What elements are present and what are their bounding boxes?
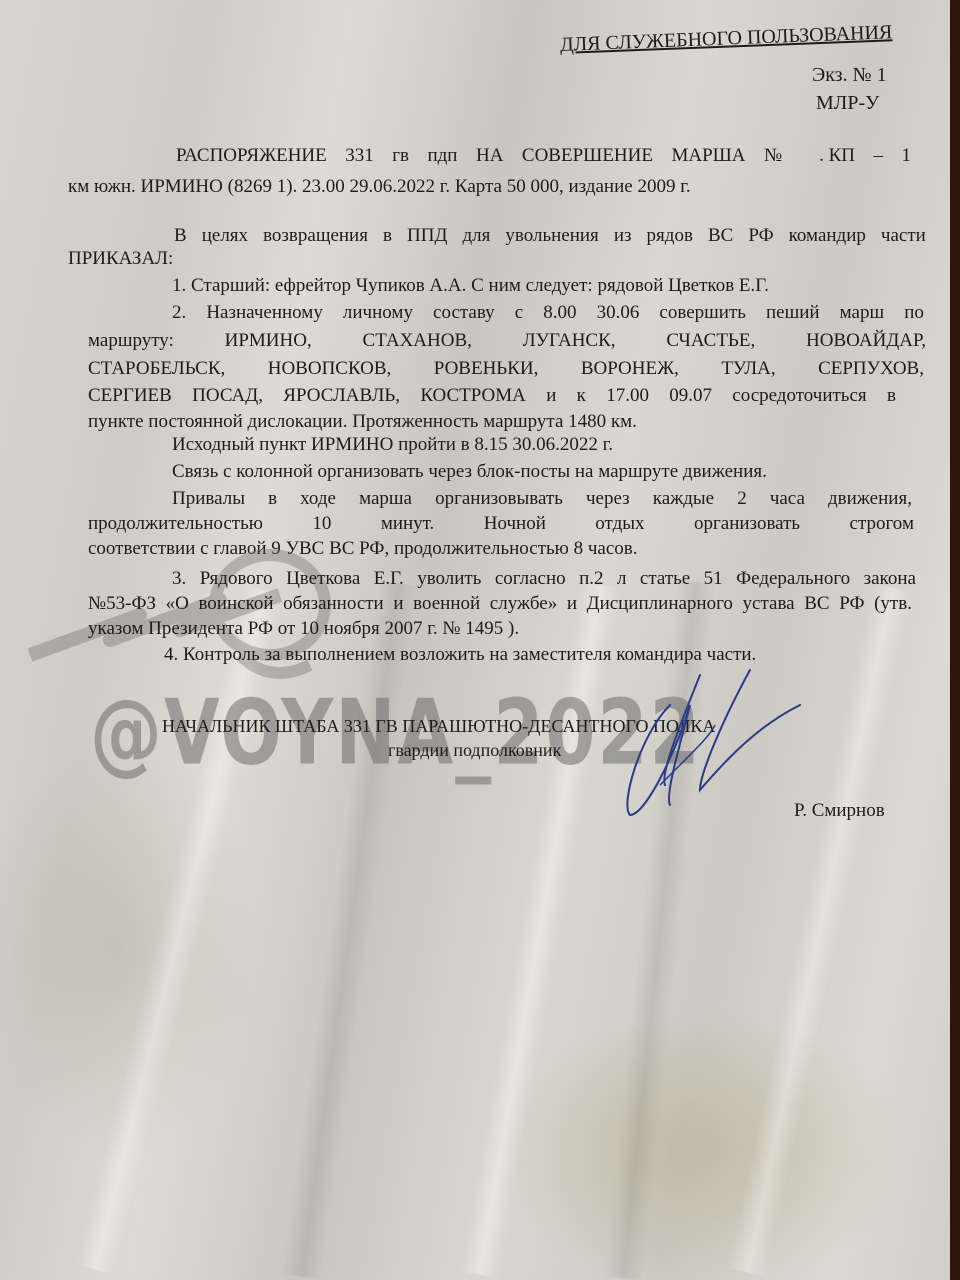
word: №53-ФЗ bbox=[88, 593, 156, 615]
route-line-1: маршруту:ИРМИНО,СТАХАНОВ,ЛУГАНСК,СЧАСТЬЕ… bbox=[88, 330, 926, 352]
document-page: ДЛЯ СЛУЖЕБНОГО ПОЛЬЗОВАНИЯ Экз. № 1 МЛР-… bbox=[0, 0, 950, 1280]
word: части bbox=[881, 225, 926, 247]
word: 51 bbox=[704, 568, 723, 590]
word: в bbox=[887, 385, 896, 407]
word: в bbox=[268, 488, 277, 510]
word: Привалы bbox=[172, 488, 245, 510]
word: марша bbox=[359, 488, 412, 510]
word: закона bbox=[864, 568, 916, 590]
word: службе» bbox=[490, 593, 557, 615]
word: л bbox=[617, 568, 626, 590]
signatory-name: Р. Смирнов bbox=[794, 800, 885, 822]
word: сосредоточиться bbox=[732, 385, 866, 407]
word: с bbox=[515, 302, 523, 324]
word: НА bbox=[476, 145, 503, 167]
word: РФ bbox=[839, 593, 864, 615]
order-heading: ПРИКАЗАЛ: bbox=[68, 248, 173, 270]
word: марш bbox=[840, 302, 884, 324]
word: пдп bbox=[427, 145, 457, 167]
signatory-rank: гвардии подполковник bbox=[388, 740, 561, 761]
word: 3. bbox=[172, 568, 186, 590]
word: РАСПОРЯЖЕНИЕ bbox=[176, 145, 327, 167]
word: № bbox=[764, 145, 782, 167]
route-line-2: СТАРОБЕЛЬСК,НОВОПСКОВ,РОВЕНЬКИ,ВОРОНЕЖ,Т… bbox=[88, 358, 924, 380]
word: Цветкова bbox=[286, 568, 360, 590]
word: обязанности bbox=[283, 593, 384, 615]
word: маршруту: bbox=[88, 330, 174, 352]
word: 8.00 bbox=[543, 302, 576, 324]
halts-line-2: продолжительностью10минут.Ночнойотдыхорг… bbox=[88, 513, 914, 535]
word: гв bbox=[392, 145, 409, 167]
word: продолжительностью bbox=[88, 513, 263, 535]
word: СЕРГИЕВ bbox=[88, 385, 172, 407]
word: через bbox=[586, 488, 630, 510]
word: ТУЛА, bbox=[721, 358, 775, 380]
word: каждые bbox=[653, 488, 714, 510]
word: Дисциплинарного bbox=[587, 593, 733, 615]
word: «О bbox=[166, 593, 189, 615]
word: согласно bbox=[495, 568, 566, 590]
word: рядов bbox=[647, 225, 693, 247]
word: ВОРОНЕЖ, bbox=[581, 358, 679, 380]
document-title-line-1: РАСПОРЯЖЕНИЕ331гвпдпНАСОВЕРШЕНИЕМАРША№. … bbox=[176, 145, 911, 167]
word: совершить bbox=[659, 302, 746, 324]
word: личному bbox=[343, 302, 413, 324]
word: п.2 bbox=[579, 568, 603, 590]
preamble-line-1: ВцеляхвозвращениявППДдляувольненияизрядо… bbox=[174, 225, 926, 247]
word: и bbox=[567, 593, 577, 615]
word: строгом bbox=[850, 513, 914, 535]
word: НОВОПСКОВ, bbox=[268, 358, 392, 380]
word: СТАХАНОВ, bbox=[363, 330, 472, 352]
word: ходе bbox=[300, 488, 336, 510]
document-title-line-2: км южн. ИРМИНО (8269 1). 23.00 29.06.202… bbox=[68, 176, 691, 198]
word: Рядового bbox=[200, 568, 273, 590]
word: из bbox=[614, 225, 632, 247]
word: ВС bbox=[708, 225, 733, 247]
word: минут. bbox=[381, 513, 434, 535]
order-item-3-line-3: указом Президента РФ от 10 ноября 2007 г… bbox=[88, 618, 519, 640]
word: движения, bbox=[828, 488, 912, 510]
word: увольнения bbox=[505, 225, 598, 247]
word: и bbox=[546, 385, 556, 407]
word: 09.07 bbox=[669, 385, 712, 407]
word: 2. bbox=[172, 302, 186, 324]
word: Назначенному bbox=[206, 302, 323, 324]
word: (утв. bbox=[874, 593, 912, 615]
word: воинской bbox=[198, 593, 273, 615]
word: ЛУГАНСК, bbox=[523, 330, 616, 352]
word: и bbox=[393, 593, 403, 615]
word: – bbox=[874, 145, 884, 167]
word: в bbox=[383, 225, 392, 247]
word: 331 bbox=[345, 145, 374, 167]
word: уволить bbox=[417, 568, 481, 590]
word: командир bbox=[789, 225, 866, 247]
word: устава bbox=[743, 593, 795, 615]
word: НОВОАЙДАР, bbox=[806, 330, 926, 352]
word: для bbox=[462, 225, 490, 247]
table-edge bbox=[950, 0, 960, 1280]
word: по bbox=[904, 302, 924, 324]
word: РОВЕНЬКИ, bbox=[434, 358, 539, 380]
order-item-1: 1. Старший: ефрейтор Чупиков А.А. С ним … bbox=[172, 275, 769, 297]
word: 2 bbox=[737, 488, 747, 510]
word: 1 bbox=[902, 145, 912, 167]
word: КОСТРОМА bbox=[420, 385, 526, 407]
word: МАРША bbox=[671, 145, 745, 167]
word: ПОСАД, bbox=[192, 385, 263, 407]
word: пеший bbox=[766, 302, 820, 324]
word: организовывать bbox=[435, 488, 563, 510]
word: организовать bbox=[694, 513, 800, 535]
order-item-3-line-2: №53-ФЗ«Овоинскойобязанностиивоеннойслужб… bbox=[88, 593, 912, 615]
word: целях bbox=[202, 225, 248, 247]
word: составу bbox=[433, 302, 495, 324]
halts-line-1: Привалывходемаршаорганизовыватьчерезкажд… bbox=[172, 488, 912, 510]
word: к bbox=[577, 385, 586, 407]
word: СЕРПУХОВ, bbox=[818, 358, 924, 380]
communication-instruction: Связь с колонной организовать через блок… bbox=[172, 461, 767, 483]
word: ВС bbox=[804, 593, 829, 615]
word: 10 bbox=[312, 513, 331, 535]
word: СТАРОБЕЛЬСК, bbox=[88, 358, 225, 380]
word: ЯРОСЛАВЛЬ, bbox=[283, 385, 400, 407]
word: Федерального bbox=[736, 568, 850, 590]
word: РФ bbox=[748, 225, 773, 247]
word: В bbox=[174, 225, 187, 247]
word: часа bbox=[770, 488, 805, 510]
word: СОВЕРШЕНИЕ bbox=[522, 145, 653, 167]
word: . КП bbox=[819, 145, 855, 167]
word: Ночной bbox=[484, 513, 546, 535]
word: военной bbox=[413, 593, 480, 615]
start-point: Исходный пункт ИРМИНО пройти в 8.15 30.0… bbox=[172, 434, 613, 456]
word: СЧАСТЬЕ, bbox=[666, 330, 755, 352]
word: возвращения bbox=[263, 225, 368, 247]
copy-number: Экз. № 1 bbox=[812, 64, 887, 87]
classification-label: ДЛЯ СЛУЖЕБНОГО ПОЛЬЗОВАНИЯ bbox=[560, 21, 893, 57]
registry-code: МЛР-У bbox=[816, 92, 879, 115]
word: 17.00 bbox=[606, 385, 649, 407]
word: ИРМИНО, bbox=[225, 330, 312, 352]
order-item-2-line-1: 2.Назначенномуличномусоставус8.0030.06со… bbox=[172, 302, 924, 324]
word: ППД bbox=[407, 225, 447, 247]
word: отдых bbox=[595, 513, 644, 535]
word: Е.Г. bbox=[374, 568, 404, 590]
word: 30.06 bbox=[597, 302, 640, 324]
word: статье bbox=[640, 568, 690, 590]
order-item-4: 4. Контроль за выполнением возложить на … bbox=[164, 644, 756, 666]
handwritten-signature-icon bbox=[620, 665, 810, 825]
order-item-3-line-1: 3.РядовогоЦветковаЕ.Г.уволитьсогласноп.2… bbox=[172, 568, 916, 590]
route-line-3: СЕРГИЕВПОСАД,ЯРОСЛАВЛЬ,КОСТРОМАик17.0009… bbox=[88, 385, 896, 407]
route-distance: пункте постоянной дислокации. Протяженно… bbox=[88, 411, 637, 433]
